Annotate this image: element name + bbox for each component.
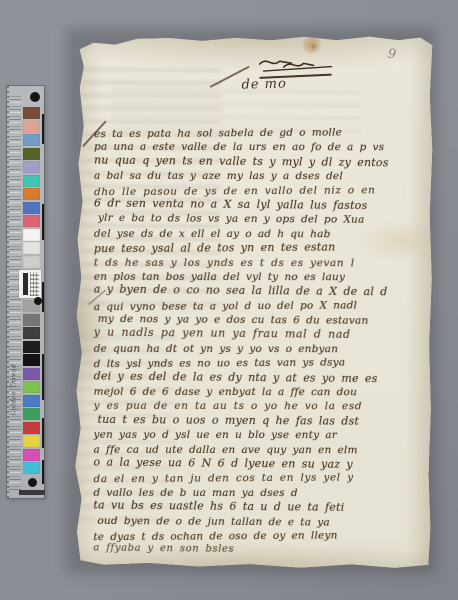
target-lower-gray-ramp [23, 300, 40, 368]
color-patch [23, 107, 40, 119]
target-edge-dash [42, 204, 45, 240]
manuscript-line: del yse ds de x ell el ay o ad h qu hab [94, 227, 426, 242]
manuscript-line: t ds he sas y los ynds es t ds es yevan … [94, 255, 426, 270]
target-upper-color-patches [23, 107, 40, 229]
color-patch [23, 368, 40, 380]
color-calibration-target: Golden Thread [7, 86, 44, 498]
color-patch [23, 121, 40, 133]
color-patch [23, 314, 40, 326]
color-patch [23, 449, 40, 461]
manuscript-page: 9 de mo es ta es pata ha sol sabela de g… [68, 29, 435, 572]
color-patch [23, 242, 40, 254]
color-patch [23, 354, 40, 366]
color-patch [23, 408, 40, 420]
manuscript-line: tua t es bu o uos o myen q he fas las ds… [98, 413, 427, 430]
color-patch [23, 148, 40, 160]
manuscript-line: a bal sa du tas y aze my las y a dses de… [94, 169, 426, 184]
target-patch-column [23, 90, 40, 498]
archival-photo-stage: Golden Thread [0, 0, 458, 600]
target-edge-dash [42, 460, 45, 484]
color-patch [23, 175, 40, 187]
color-patch [23, 134, 40, 146]
manuscript-line: es ta es pata ha sol sabela de gd o moll… [94, 126, 426, 142]
color-patch [23, 161, 40, 173]
folio-page-number: 9 [387, 46, 397, 62]
color-patch [23, 422, 40, 434]
color-patch [23, 202, 40, 214]
docket-annotation: de mo [241, 75, 337, 93]
target-upper-gray-ramp [23, 229, 40, 270]
color-patch [23, 215, 40, 227]
color-patch [23, 256, 40, 268]
target-edge-dash [42, 114, 45, 144]
manuscript-lines: es ta es pata ha sol sabela de gd o moll… [93, 126, 426, 559]
target-edge-dash [42, 282, 45, 312]
color-patch [23, 188, 40, 200]
barcode-block [19, 270, 41, 298]
target-brand-label: Golden Thread [11, 360, 18, 420]
manuscript-line: y es pua de en ta au ts o yo he vo la es… [94, 399, 426, 414]
barcode-bar-icon [23, 273, 28, 295]
color-patch [23, 435, 40, 447]
target-lower-color-patches [23, 368, 40, 476]
barcode-microgrid [30, 272, 39, 296]
target-footer-bar [19, 490, 45, 495]
manuscript-line: pue teso ysal al de tos yn en tes estan [94, 240, 426, 257]
color-patch [23, 381, 40, 393]
manuscript-line: pa una a este valle de la urs en ao fo d… [94, 140, 426, 155]
target-edge-dash [42, 418, 45, 448]
manuscript-line: a ffyaba y en son bsles [93, 542, 425, 559]
color-patch [23, 395, 40, 407]
manuscript-line: yen yas yo d ysl ue en u blo yse enty ar [94, 428, 426, 443]
color-patch [23, 229, 40, 241]
manuscript-line: da el en y tan ju den cos ta en lys yel … [93, 470, 425, 487]
manuscript-line: ylr e ba to ds los vs ya en y ops del po… [98, 211, 426, 228]
fiducial-dot-icon [28, 478, 37, 487]
color-patch [23, 462, 40, 474]
manuscript-line: mejol 6 de 6 dase y enbyat la a ffe can … [94, 385, 426, 400]
color-patch [23, 341, 40, 353]
color-patch [23, 327, 40, 339]
fiducial-dot-icon [30, 92, 40, 102]
target-header [23, 90, 40, 107]
target-edge-dash [42, 354, 45, 400]
